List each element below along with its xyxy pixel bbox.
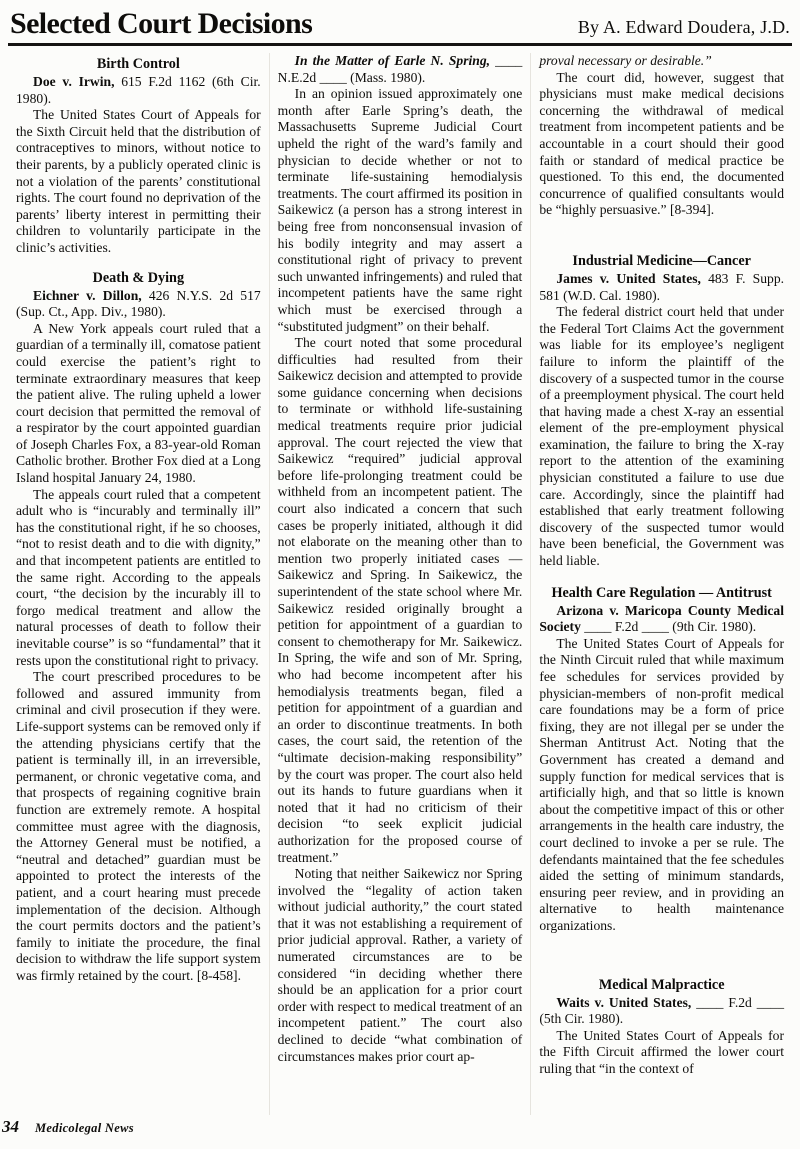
paragraph: A New York appeals court ruled that a gu…	[16, 321, 261, 487]
journal-page: Selected Court Decisions By A. Edward Do…	[0, 0, 800, 1149]
case-name: Doe v. Irwin,	[33, 74, 114, 89]
column-3: proval necessary or desirable.” The cour…	[530, 53, 792, 1115]
section-heading-birth-control: Birth Control	[16, 56, 261, 73]
masthead: Selected Court Decisions By A. Edward Do…	[8, 8, 792, 46]
case-name: Waits v. United States,	[556, 995, 691, 1010]
paragraph: The court did, however, suggest that phy…	[539, 70, 784, 219]
paragraph: The court prescribed procedures to be fo…	[16, 669, 261, 984]
paragraph: The United States Court of Appeals for t…	[539, 636, 784, 935]
paragraph: Noting that neither Saikewicz nor Spring…	[278, 866, 523, 1065]
section-heading-medical-malpractice: Medical Malpractice	[539, 977, 784, 994]
journal-name: Medicolegal News	[35, 1121, 134, 1136]
case-citation: In the Matter of Earle N. Spring, ____ N…	[278, 53, 523, 86]
column-1: Birth Control Doe v. Irwin, 615 F.2d 116…	[8, 53, 269, 1115]
page-title: Selected Court Decisions	[10, 8, 312, 40]
column-layout: Birth Control Doe v. Irwin, 615 F.2d 116…	[8, 53, 792, 1115]
section-heading-death-dying: Death & Dying	[16, 270, 261, 287]
paragraph: The United States Court of Appeals for t…	[16, 107, 261, 256]
case-citation: Waits v. United States, ____ F.2d ____ (…	[539, 995, 784, 1028]
paragraph: The appeals court ruled that a competent…	[16, 487, 261, 670]
case-cite: ____ F.2d ____ (9th Cir. 1980).	[581, 619, 756, 634]
case-citation: Eichner v. Dillon, 426 N.Y.S. 2d 517 (Su…	[16, 288, 261, 321]
section-heading-health-care-regulation: Health Care Regulation — Antitrust	[539, 585, 784, 602]
paragraph: The court noted that some procedural dif…	[278, 335, 523, 866]
paragraph: In an opinion issued approximately one m…	[278, 86, 523, 335]
byline: By A. Edward Doudera, J.D.	[578, 17, 790, 38]
column-2: In the Matter of Earle N. Spring, ____ N…	[269, 53, 531, 1115]
case-citation: Doe v. Irwin, 615 F.2d 1162 (6th Cir. 19…	[16, 74, 261, 107]
page-number: 34	[2, 1117, 19, 1137]
paragraph: The United States Court of Appeals for t…	[539, 1028, 784, 1078]
case-name: Eichner v. Dillon,	[33, 288, 142, 303]
case-citation: James v. United States, 483 F. Supp. 581…	[539, 271, 784, 304]
case-citation: Arizona v. Maricopa County Medical Socie…	[539, 603, 784, 636]
paragraph: The federal district court held that und…	[539, 304, 784, 570]
case-name: James v. United States,	[556, 271, 701, 286]
case-name: In the Matter of Earle N. Spring,	[295, 53, 490, 68]
page-footer: 34 Medicolegal News	[2, 1117, 134, 1137]
continuation-line: proval necessary or desirable.”	[539, 53, 784, 70]
section-heading-industrial-medicine: Industrial Medicine—Cancer	[539, 253, 784, 270]
